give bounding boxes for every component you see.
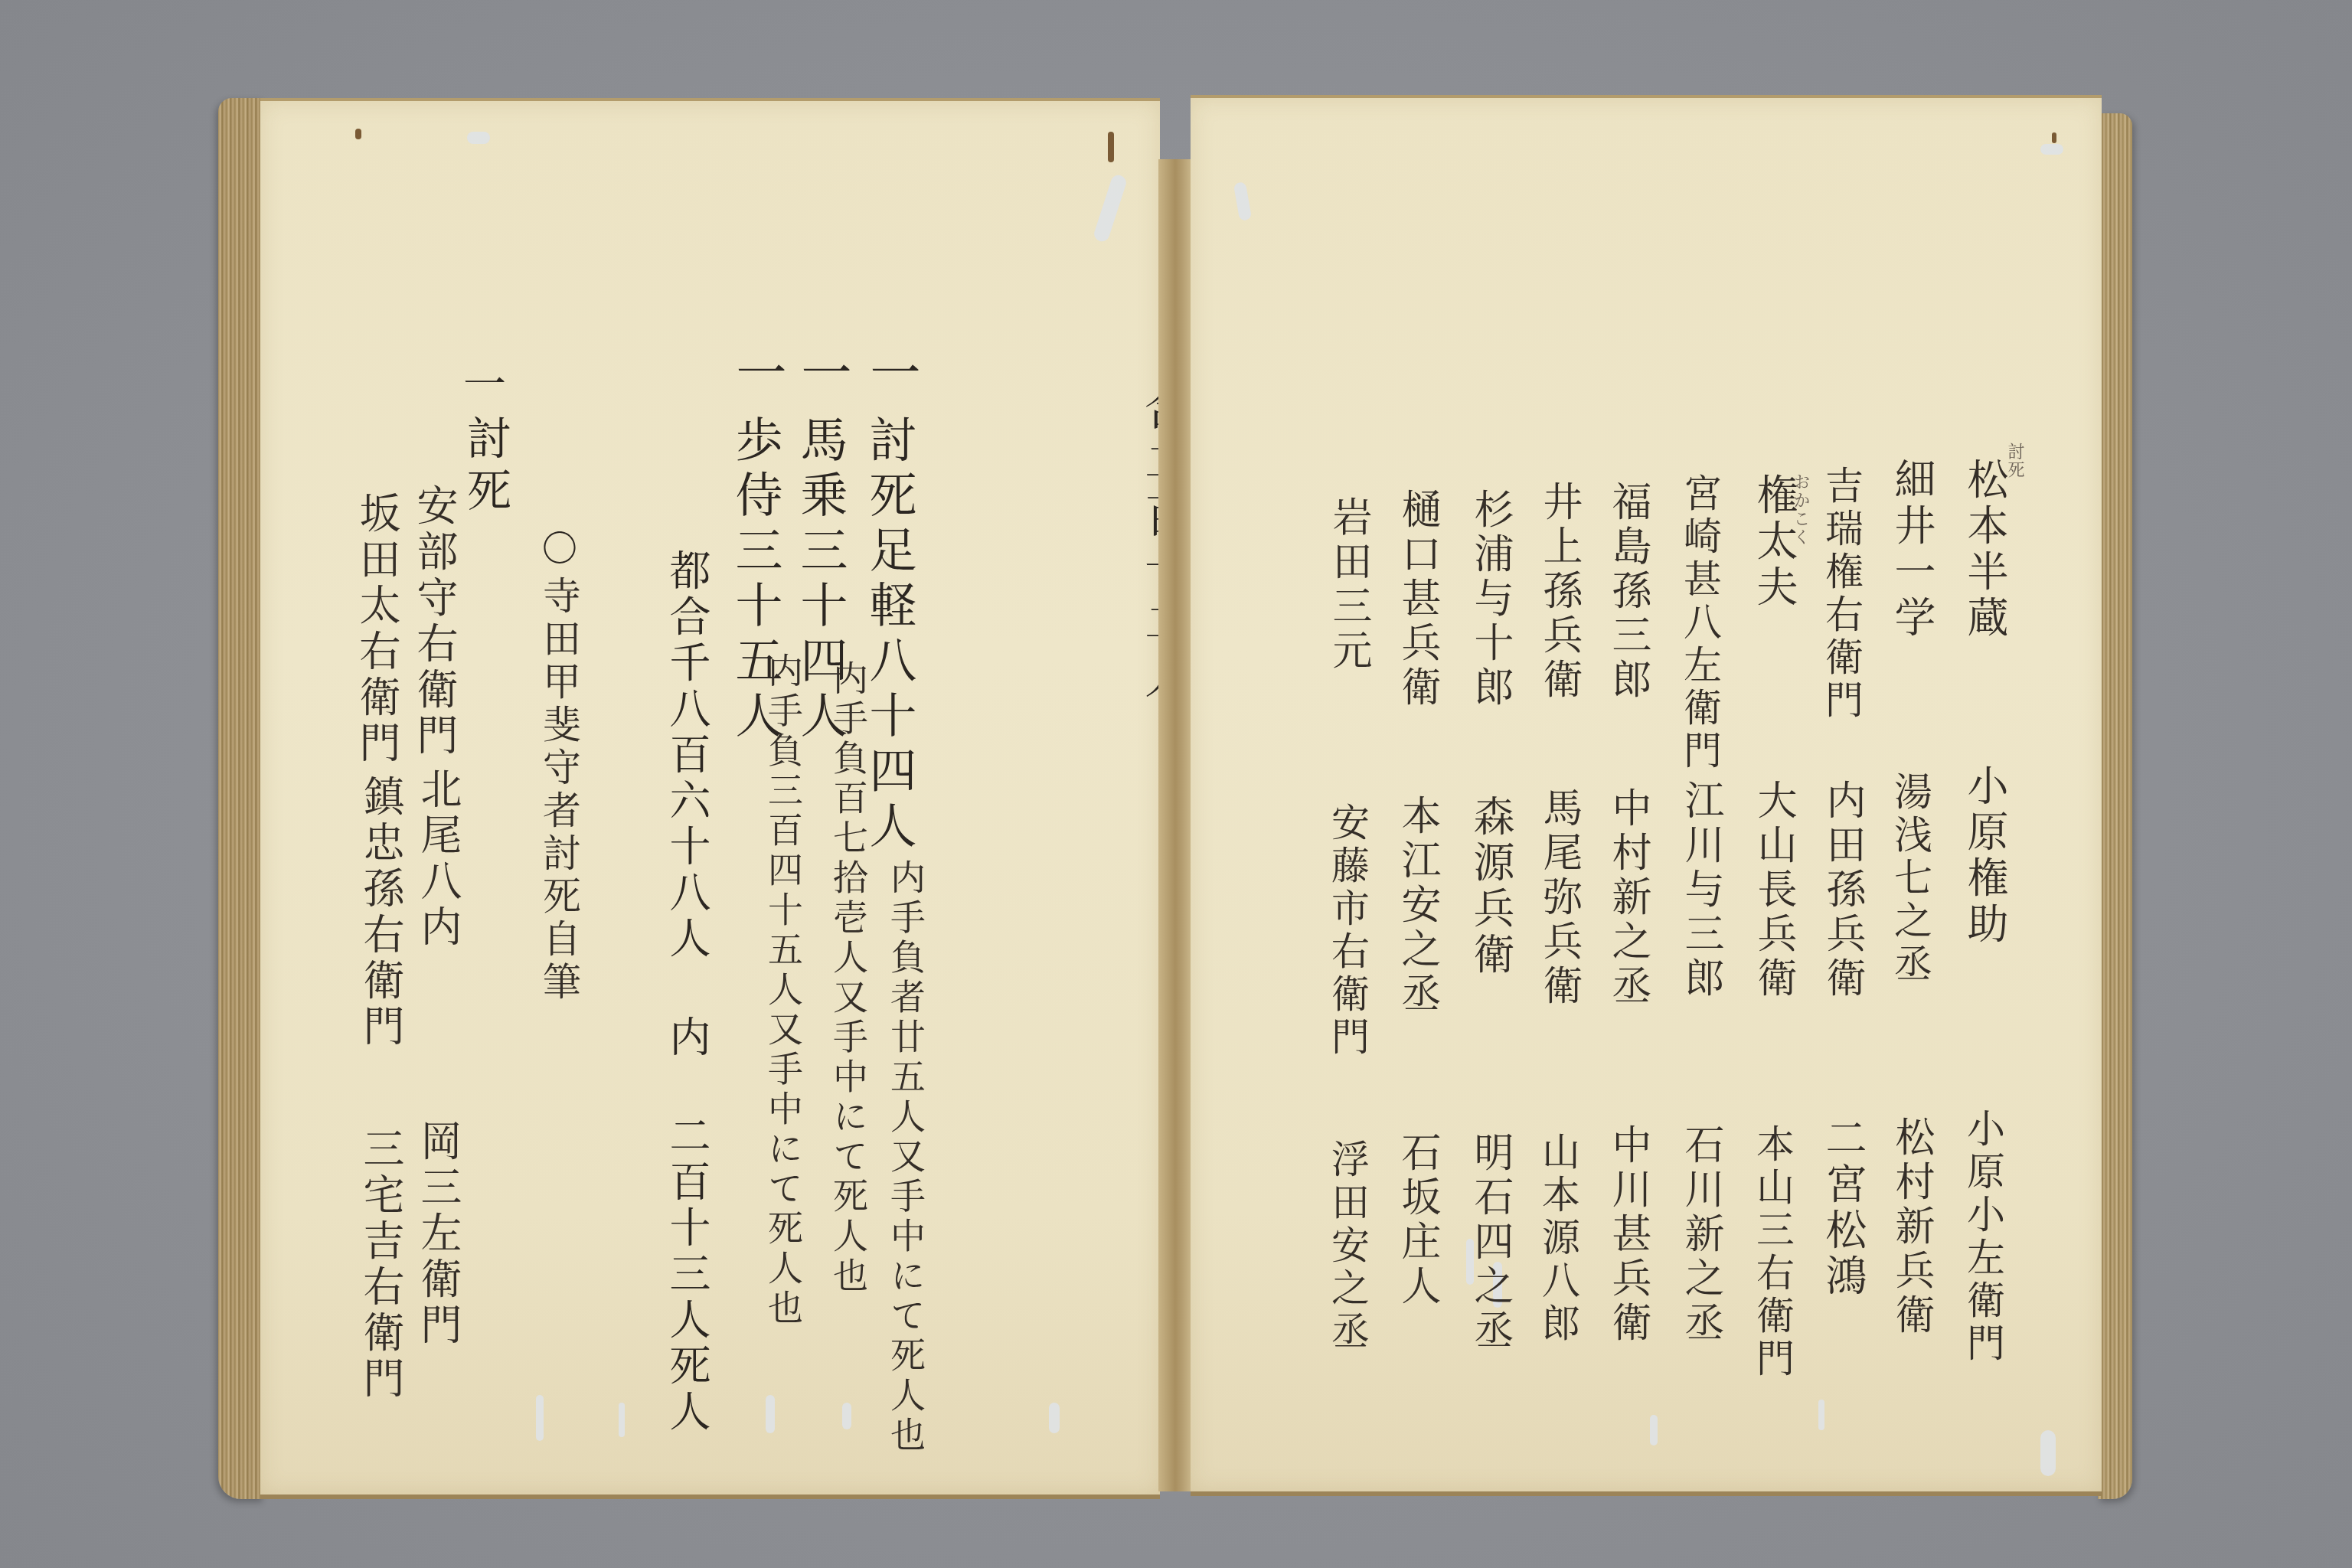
left-page: 合二百十二人 一 討死足軽八十四人 内手負者廿五人又手中にて死人也 一 馬乗三十…	[260, 98, 1160, 1499]
row3-name-8: 明石四之丞	[1470, 1132, 1510, 1354]
repair-patch	[1650, 1415, 1658, 1445]
item-4: 討死	[463, 415, 508, 519]
row2-name-8: 森源兵衛	[1470, 795, 1511, 978]
name-4: 鎮忠孫右衛門	[360, 775, 401, 1050]
item-1: 討死足軽八十四人	[865, 415, 913, 856]
row3-name-1: 小原小左衛門	[1964, 1109, 2002, 1366]
row2-name-4: 大山長兵衛	[1753, 779, 1793, 1001]
row1-name-1: 松本半蔵	[1964, 458, 2005, 642]
item-3-note: 内手負三百四十五人又手中にて死人也	[766, 652, 801, 1329]
item-1-marker: 一	[865, 346, 916, 404]
name-2: 坂田太右衛門	[356, 492, 397, 767]
row1-name-4: 権太夫	[1753, 473, 1795, 611]
row3-name-5: 石川新之丞	[1681, 1124, 1720, 1346]
row2-name-5: 江川与三郎	[1681, 779, 1720, 1001]
row1-name-5: 宮崎甚八左衛門	[1681, 473, 1719, 773]
row2-name-10: 安藤市右衛門	[1328, 802, 1367, 1060]
row2-name-1: 小原権助	[1964, 764, 2005, 948]
row1-name-3: 吉瑞権右衛門	[1822, 465, 1860, 723]
item-3-marker: 一	[731, 346, 782, 404]
note-circle-text: 寺田甲斐守者討死自筆	[540, 576, 578, 1004]
right-page-stack-edge	[2098, 113, 2132, 1499]
repair-patch	[842, 1403, 851, 1429]
repair-patch	[619, 1403, 625, 1437]
name-5: 岡三左衛門	[417, 1119, 459, 1349]
worm-hole	[1108, 132, 1114, 162]
name-6: 三宅吉右衛門	[360, 1127, 401, 1403]
repair-patch	[1818, 1400, 1824, 1430]
right-page: 討死 松本半蔵 細井一学 吉瑞権右衛門 おかこく 権太夫 宮崎甚八左衛門 福島孫…	[1191, 95, 2102, 1496]
repair-patch	[536, 1395, 544, 1441]
row1-name-7: 井上孫兵衛	[1539, 481, 1579, 703]
repair-patch	[766, 1395, 775, 1433]
row3-name-3: 二宮松鴻	[1822, 1116, 1864, 1300]
repair-patch	[1093, 173, 1129, 243]
open-book: 合二百十二人 一 討死足軽八十四人 内手負者廿五人又手中にて死人也 一 馬乗三十…	[218, 90, 2132, 1507]
note-circle-marker: 〇	[540, 530, 575, 573]
left-page-stack-edge	[218, 98, 264, 1499]
row1-name-8: 杉浦与十郎	[1470, 488, 1510, 710]
item-1-note: 内手負者廿五人又手中にて死人也	[888, 859, 923, 1456]
row2-name-3: 内田孫兵衛	[1822, 779, 1862, 1001]
row3-name-10: 浮田安之丞	[1328, 1139, 1367, 1354]
row2-name-9: 本江安之丞	[1397, 795, 1437, 1017]
name-3: 北尾八内	[417, 767, 459, 951]
item-2-marker: 一	[796, 346, 847, 404]
row1-name-10: 岩田三元	[1328, 496, 1368, 674]
repair-patch	[2040, 144, 2063, 155]
row2-name-2: 湯浅七之丞	[1891, 772, 1929, 986]
worm-hole	[355, 129, 361, 139]
row3-name-2: 松村新兵衛	[1891, 1116, 1931, 1338]
item-4-marker: 一	[459, 361, 502, 412]
row3-name-4: 本山三右衛門	[1753, 1124, 1792, 1381]
row2-name-6: 中村新之丞	[1608, 787, 1648, 1009]
repair-patch	[2040, 1430, 2056, 1476]
row1-name-2: 細井一学	[1891, 458, 1932, 642]
repair-patch	[1049, 1403, 1060, 1433]
worm-hole	[2052, 132, 2056, 143]
row3-name-6: 中川甚兵衛	[1608, 1124, 1648, 1346]
repair-patch	[1233, 181, 1252, 221]
row1-name-6: 福島孫三郎	[1608, 481, 1648, 703]
repair-patch	[467, 132, 490, 144]
item-2-note: 内手負百七拾壱人又手中にて死人也	[831, 660, 866, 1297]
book-gutter	[1158, 159, 1192, 1491]
name-1: 安部守右衛門	[413, 484, 455, 759]
row1-name-9: 樋口甚兵衛	[1397, 488, 1437, 710]
row2-name-7: 馬尾弥兵衛	[1539, 787, 1579, 1009]
row3-name-9: 石坂庄人	[1397, 1132, 1437, 1309]
row3-name-7: 山本源八郎	[1539, 1132, 1577, 1346]
grand-total: 都合千八百六十八人 内 二百十三人死人	[666, 549, 707, 1436]
